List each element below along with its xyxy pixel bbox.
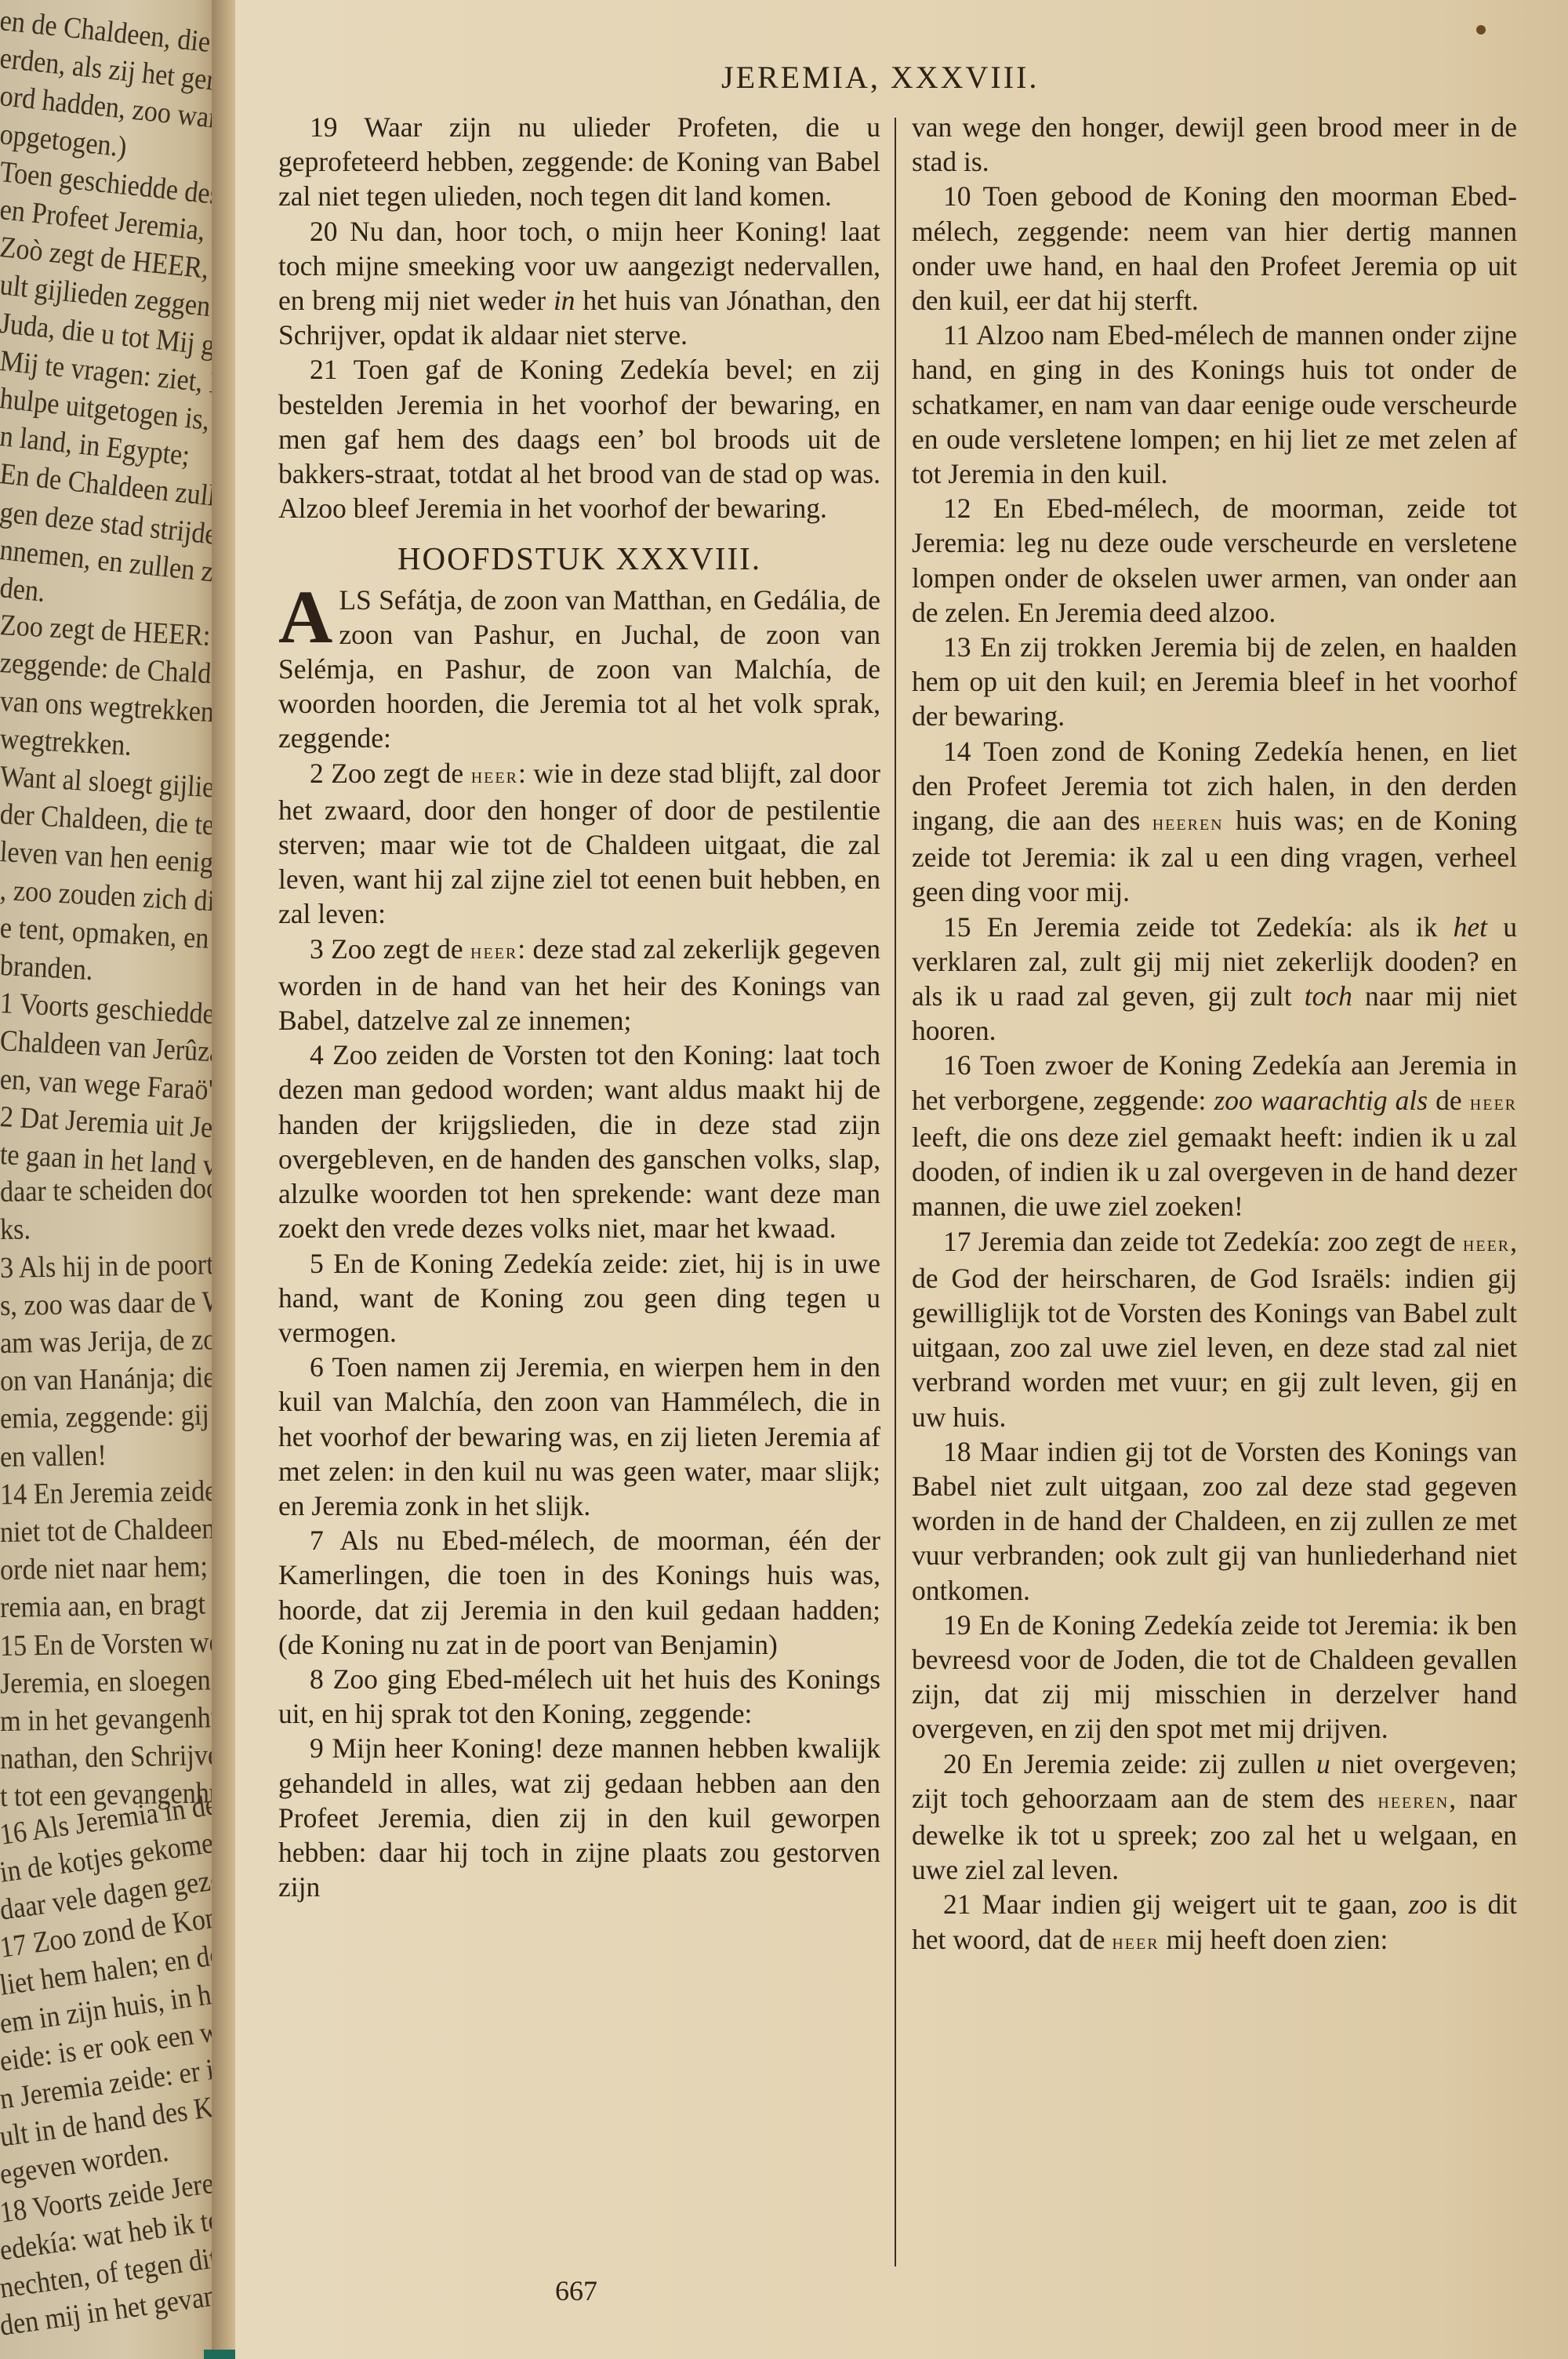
verse-number: 10 [943,180,983,212]
verse-paragraph: 9 Mijn heer Koning! deze mannen hebben k… [278,1731,880,1904]
opposite-page-line: m in het gevangenhuis, [0,1699,227,1739]
verse-paragraph: 16 Toen zwoer de Koning Zedekía aan Jere… [912,1048,1517,1223]
verse-number: 7 [310,1525,339,1556]
verse-number: 20 [310,216,350,247]
verse-text: Jeremia dan zeide tot Zedekía: zoo zegt … [978,1226,1463,1257]
verse-paragraph: ALS Sefátja, de zoon van Matthan, en Ged… [278,583,880,756]
opposite-page-line: daar te scheiden door het [0,1170,227,1209]
verse-number: 4 [310,1039,332,1070]
verse-text: Zoo zeiden de Vorsten tot den Koning: la… [278,1039,880,1244]
divine-name: HEER [1112,1929,1159,1954]
chapter-heading: HOOFDSTUK XXXVIII. [278,541,880,576]
text-column-right: van wege den honger, dewijl geen brood m… [912,110,1517,1959]
verse-paragraph: 13 En zij trokken Jeremia bij de zelen, … [912,630,1517,734]
verse-number: 11 [943,319,976,351]
italic-insertion: zoo waarachtig als [1214,1085,1428,1116]
italic-insertion: toch [1305,980,1352,1012]
verse-text: En Jeremia zeide tot Zedekía: als ik [987,911,1454,943]
opposite-page-line: Jeremia, en sloegen hem; en [0,1661,227,1701]
opposite-page-line: am was Jerija, de zoon van [0,1321,227,1361]
verse-text: Toen gaf de Koning Zedekía bevel; en zij… [278,354,880,524]
verse-text: Toen gebood de Koning den moorman Ebed-m… [912,180,1517,316]
verse-paragraph: 20 En Jeremia zeide: zij zullen u niet o… [912,1747,1517,1888]
verse-number: 5 [310,1248,333,1279]
page-number: 667 [555,2274,597,2307]
opposite-page-line: den. [0,570,47,609]
verse-text: mij heeft doen zien: [1160,1924,1388,1955]
verse-number: 17 [943,1226,978,1257]
verse-number: 19 [310,111,364,143]
text-column-left: 19 Waar zijn nu ulieder Profeten, die u … [278,110,880,1904]
verse-paragraph: 18 Maar indien gij tot de Vorsten des Ko… [912,1434,1517,1608]
verse-number: 19 [943,1609,979,1641]
verse-number: 21 [943,1888,982,1920]
column-divider [895,118,896,2266]
verse-paragraph: 11 Alzoo nam Ebed-mélech de mannen onder… [912,318,1517,491]
verse-text: Waar zijn nu ulieder Profeten, die u gep… [278,111,880,212]
verse-text: Zoo zegt de [331,758,470,789]
italic-insertion: in [554,285,575,316]
verse-number: 13 [943,631,980,663]
verse-number: 2 [310,758,331,789]
divine-name: HEEREN [1377,1788,1449,1813]
verse-paragraph: 14 Toen zond de Koning Zedekía henen, en… [912,734,1517,910]
verse-text: En Ebed-mélech, de moorman, zeide tot Je… [912,493,1517,628]
verse-paragraph: 8 Zoo ging Ebed-mélech uit het huis des … [278,1662,880,1731]
verse-text: En de Koning Zedekía zeide tot Jeremia: … [912,1609,1517,1745]
verse-paragraph: 7 Als nu Ebed-mélech, de moorman, één de… [278,1523,880,1662]
verse-number: 15 [943,911,987,943]
verse-paragraph: van wege den honger, dewijl geen brood m… [912,110,1517,179]
opposite-page-line: on van Hanánja; die greep [0,1359,227,1398]
divine-name: HEEREN [1152,810,1224,835]
verse-paragraph: 12 En Ebed-mélech, de moorman, zeide tot… [912,491,1517,630]
verse-text: leeft, die ons deze ziel gemaakt heeft: … [912,1121,1517,1222]
opposite-page-line: nathan, den Schrijver: [0,1738,227,1776]
verse-text: Als nu Ebed-mélech, de moorman, één der … [278,1525,880,1660]
verse-text: Alzoo nam Ebed-mélech de mannen onder zi… [912,319,1517,489]
divine-name: HEER [471,763,518,788]
verse-text: Zoo ging Ebed-mélech uit het huis des Ko… [278,1663,880,1729]
verse-paragraph: 10 Toen gebood de Koning den moorman Ebe… [912,179,1517,318]
opposite-page-line: en vallen! [0,1438,107,1474]
verse-text: En zij trokken Jeremia bij de zelen, en … [912,631,1517,732]
verse-paragraph: 15 En Jeremia zeide tot Zedekía: als ik … [912,910,1517,1049]
divine-name: HEER [470,939,517,964]
verse-number: 3 [310,933,331,965]
verse-text: Toen namen zij Jeremia, en wierpen hem i… [278,1351,880,1521]
verse-text: Mijn heer Koning! deze mannen hebben kwa… [278,1732,880,1903]
opposite-page-line: 14 En Jeremia zeide: het is [0,1472,227,1511]
verse-number: 14 [943,736,983,767]
verse-text: En Jeremia zeide: zij zullen [982,1748,1316,1779]
verse-number: 8 [310,1663,333,1695]
verse-number: 12 [943,493,993,524]
verse-number: 21 [310,354,354,385]
verse-number: 18 [943,1436,979,1467]
opposite-page-line: niet tot de Chaldeen vallen [0,1510,227,1550]
verse-paragraph: 3 Zoo zegt de HEER: deze stad zal zekerl… [278,932,880,1038]
opposite-page-line: emia, zeggende: gij wilt tot [0,1397,227,1437]
opposite-page-line: 3 Als hij in de poort van [0,1246,227,1285]
verse-paragraph: 21 Toen gaf de Koning Zedekía bevel; en … [278,352,880,525]
opposite-page-line: orde niet naar hem; maar [0,1548,227,1587]
verse-text: Maar indien gij tot de Vorsten des Konin… [912,1436,1517,1606]
opposite-page-line: ks. [0,1212,31,1248]
opposite-page-line: s, zoo was daar de Wachtmeester [0,1282,227,1323]
verse-text: En de Koning Zedekía zeide: ziet, hij is… [278,1248,880,1348]
verse-paragraph: 20 Nu dan, hoor toch, o mijn heer Koning… [278,214,880,353]
verse-paragraph: 21 Maar indien gij weigert uit te gaan, … [912,1887,1517,1958]
paper-stain [1476,25,1486,35]
verse-text: Zoo zegt de [331,933,470,965]
opposite-page-line: branden. [0,948,94,987]
divine-name: HEER [1463,1231,1510,1256]
verse-number: 9 [310,1732,332,1764]
verse-paragraph: 5 En de Koning Zedekía zeide: ziet, hij … [278,1246,880,1350]
verse-text: Maar indien gij weigert uit te gaan, [982,1888,1408,1920]
verse-paragraph: 4 Zoo zeiden de Vorsten tot den Koning: … [278,1038,880,1245]
italic-insertion: het [1454,911,1487,943]
verse-number: 20 [943,1748,982,1779]
verse-number: 6 [310,1351,332,1383]
verse-paragraph: 2 Zoo zegt de HEER: wie in deze stad bli… [278,756,880,932]
verse-paragraph: 17 Jeremia dan zeide tot Zedekía: zoo ze… [912,1224,1517,1434]
verse-text: LS Sefátja, de zoon van Matthan, en Gedá… [278,584,880,754]
opposite-page-line: remia aan, en bragt hem tot [0,1586,227,1626]
opposite-page-line: wegtrekken. [0,722,132,763]
italic-insertion: u [1316,1748,1330,1779]
running-head: JEREMIA, XXXVIII. [721,59,1039,96]
verse-paragraph: 19 Waar zijn nu ulieder Profeten, die u … [278,110,880,214]
verse-text: de [1428,1085,1470,1116]
verse-paragraph: 6 Toen namen zij Jeremia, en wierpen hem… [278,1350,880,1523]
opposite-page-line: 15 En de Vorsten werden [0,1624,227,1663]
verse-paragraph: 19 En de Koning Zedekía zeide tot Jeremi… [912,1608,1517,1747]
verse-text: van wege den honger, dewijl geen brood m… [912,111,1517,177]
divine-name: HEER [1470,1090,1517,1115]
opposite-page: en de Chaldeen, die be-erden, als zij he… [0,0,227,2359]
drop-cap: A [278,586,332,649]
italic-insertion: zoo [1409,1888,1447,1920]
verse-number: 16 [943,1049,980,1081]
